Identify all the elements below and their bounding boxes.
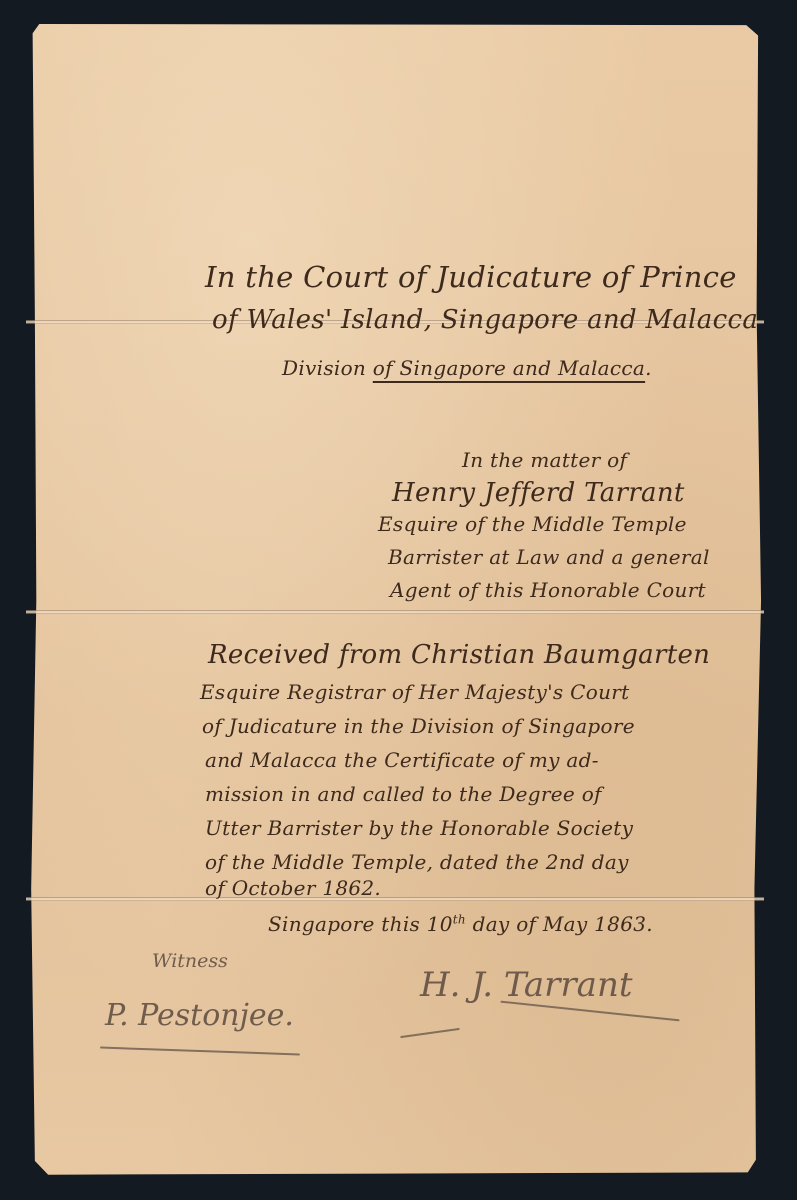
matter-line-5: Agent of this Honorable Court xyxy=(390,578,706,602)
fold-line-3 xyxy=(26,897,764,901)
dateline-prefix: Singapore this 10 xyxy=(268,912,453,936)
witness-label: Witness xyxy=(152,950,228,972)
dateline-ordinal: th xyxy=(453,912,466,926)
body-line-6: Utter Barrister by the Honorable Society xyxy=(205,816,633,840)
body-line-5: mission in and called to the Degree of xyxy=(205,782,602,806)
division-underlined: of Singapore and Malacca xyxy=(373,356,645,380)
dateline-suffix: day of May 1863. xyxy=(466,912,653,936)
body-line-3: of Judicature in the Division of Singapo… xyxy=(202,714,635,738)
matter-line-1: In the matter of xyxy=(462,448,627,472)
matter-line-4: Barrister at Law and a general xyxy=(388,545,710,569)
matter-line-3: Esquire of the Middle Temple xyxy=(378,512,687,536)
heading-line-2: of Wales' Island, Singapore and Malacca xyxy=(212,305,758,335)
division-prefix: Division xyxy=(282,356,373,380)
signatory-signature: H. J. Tarrant xyxy=(420,965,633,1005)
body-line-7: of the Middle Temple, dated the 2nd day xyxy=(205,850,629,874)
division-suffix: . xyxy=(645,356,652,380)
witness-signature: P. Pestonjee. xyxy=(105,998,294,1033)
heading-line-3: Division of Singapore and Malacca. xyxy=(282,356,652,380)
body-line-4: and Malacca the Certificate of my ad- xyxy=(205,748,599,772)
fold-line-2 xyxy=(26,610,764,614)
heading-line-1: In the Court of Judicature of Prince xyxy=(205,260,737,294)
body-line-1: Received from Christian Baumgarten xyxy=(208,640,710,670)
matter-line-2: Henry Jefferd Tarrant xyxy=(392,478,685,508)
dateline: Singapore this 10th day of May 1863. xyxy=(268,912,653,936)
body-line-2: Esquire Registrar of Her Majesty's Court xyxy=(200,680,629,704)
body-line-8: of October 1862. xyxy=(205,876,381,900)
